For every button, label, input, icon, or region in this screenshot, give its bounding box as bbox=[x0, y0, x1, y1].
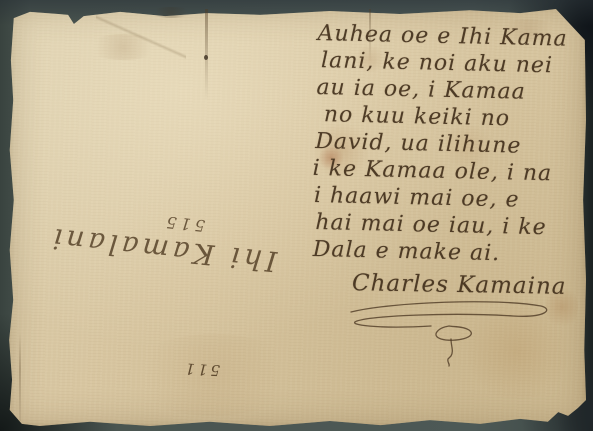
bottom-page-number: 511 bbox=[168, 359, 221, 380]
signature-flourish bbox=[345, 296, 557, 368]
paper-stain bbox=[86, 34, 160, 60]
letter-body-text: Auhea oe e Ihi Kamalani, ke noi aku neia… bbox=[312, 20, 585, 269]
scanned-letter-scene: Auhea oe e Ihi Kamalani, ke noi aku neia… bbox=[0, 0, 593, 431]
